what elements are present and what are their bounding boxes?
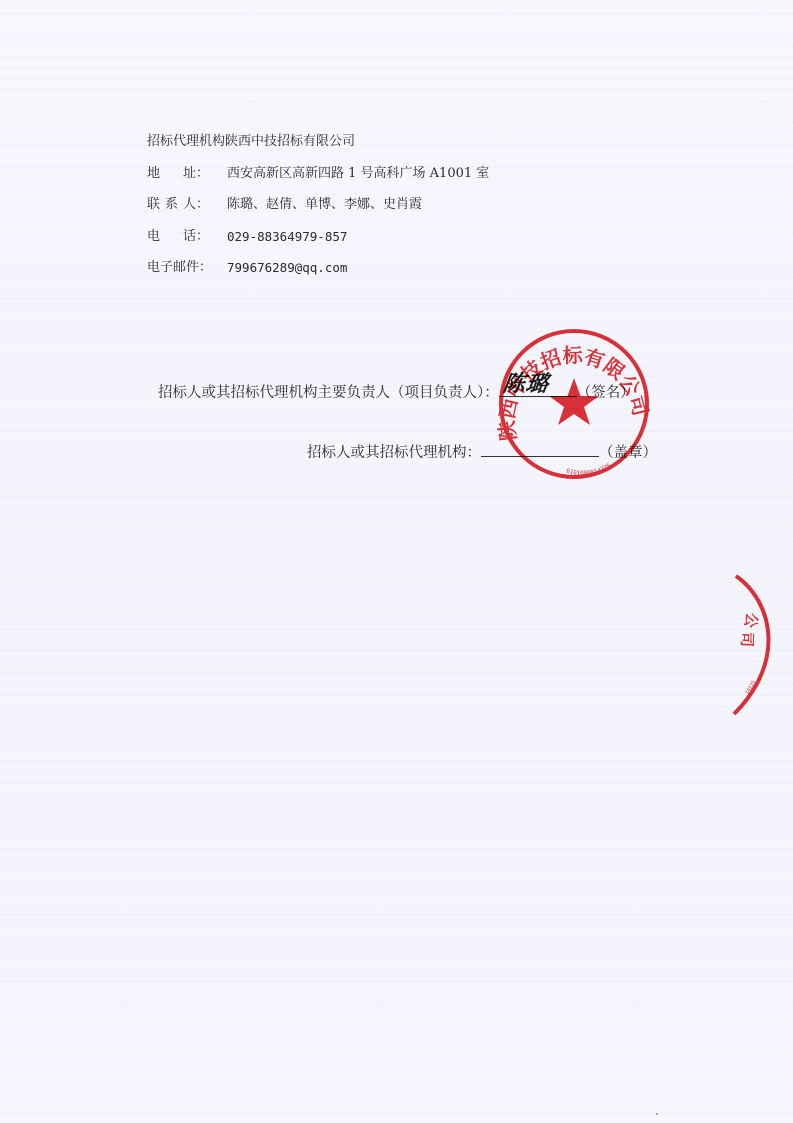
signature-suffix: （签名） [577,385,635,401]
contact-info-block: 招标代理机构： 陕西中技招标有限公司 地 址： 西安高新区高新四路 1 号高科广… [147,132,489,290]
phone-value: 029-88364979-857 [227,227,347,247]
signature-line: 招标人或其招标代理机构主要负责人（项目负责人）：陈璐（签名） [158,380,635,403]
seal-field [481,440,599,457]
handwritten-signature: 陈璐 [501,374,550,394]
info-row-contacts: 联 系 人： 陈璐、赵倩、单博、李娜、史肖霞 [147,195,489,227]
partial-seal-stamp: 公 司 14225 [728,572,788,717]
partial-stamp-char-1: 公 [741,611,762,630]
info-row-email: 电子邮件： 799676289@qq.com [147,258,489,290]
seal-suffix: （盖章） [599,445,657,461]
info-row-address: 地 址： 西安高新区高新四路 1 号高科广场 A1001 室 [147,164,489,196]
document-page: 招标代理机构： 陕西中技招标有限公司 地 址： 西安高新区高新四路 1 号高科广… [0,0,793,1123]
info-label: 地 址： [147,164,209,184]
info-row-agency: 招标代理机构： 陕西中技招标有限公司 [147,132,489,164]
email-value: 799676289@qq.com [227,258,347,278]
signature-field: 陈璐 [499,380,577,397]
info-label: 招标代理机构： [147,132,227,152]
info-row-phone: 电 话： 029-88364979-857 [147,227,489,259]
seal-prefix: 招标人或其招标代理机构： [307,445,481,461]
info-label: 电子邮件： [147,258,227,278]
signature-prefix: 招标人或其招标代理机构主要负责人（项目负责人）： [158,385,499,401]
seal-line: 招标人或其招标代理机构：（盖章） [307,440,657,463]
scan-speck [656,1113,658,1115]
info-label: 电 话： [147,227,209,247]
info-label: 联 系 人： [147,195,209,215]
partial-stamp-char-2: 司 [738,632,757,648]
partial-stamp-serial: 14225 [744,680,757,696]
svg-text:6101000014225: 6101000014225 [565,462,612,477]
stamp-serial: 6101000014225 [565,462,612,477]
agency-name: 陕西中技招标有限公司 [225,132,355,152]
address-value: 西安高新区高新四路 1 号高科广场 A1001 室 [227,164,489,184]
contacts-value: 陈璐、赵倩、单博、李娜、史肖霞 [227,195,422,215]
